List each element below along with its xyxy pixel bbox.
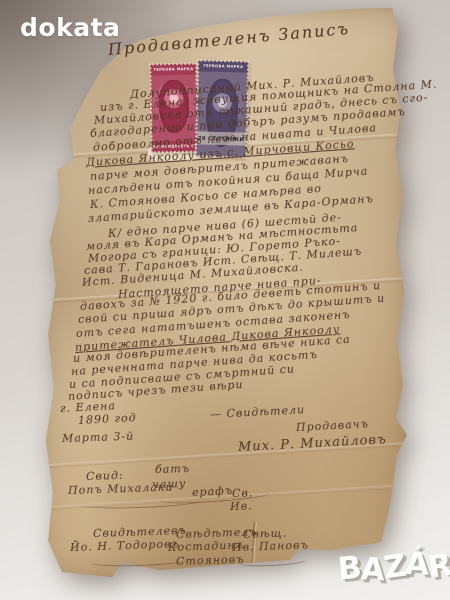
- seller-signature: Мих. Р. Михайловъ: [238, 432, 387, 455]
- seller-label: Продавачъ: [296, 417, 370, 434]
- handwriting-line: батъ: [155, 462, 190, 476]
- handwriting-line: Ив.: [230, 499, 253, 513]
- photo-background: ГЕРБОВА МАРКА ЧЕТИРИДЕСЕТЬ СТ ГЕРБОВА МА…: [0, 0, 450, 600]
- witness-signature: Ив. Пановъ: [232, 538, 309, 554]
- document-title: Продавателенъ Записъ: [107, 19, 350, 59]
- watermark-bazar-letter: B: [336, 549, 362, 587]
- witness-signature: Йо. Н. Тодоровъ: [70, 537, 180, 554]
- handwriting-line: чашу: [152, 477, 187, 491]
- witnesses-label: — Свидѣтели: [210, 403, 306, 421]
- handwriting-layer: Продавателенъ ЗаписъДолуподписаний Мих. …: [0, 0, 450, 600]
- year-line: 1890 год: [78, 411, 137, 427]
- handwriting-line: Свид:: [86, 469, 124, 483]
- watermark-dokata: dokata: [20, 13, 120, 42]
- watermark-bazar-letter: A: [360, 551, 385, 588]
- date-line: Марта 3-й: [62, 429, 135, 445]
- watermark-bazar: BAZÁR: [337, 547, 450, 587]
- watermark-bazar-letter: R: [426, 547, 450, 586]
